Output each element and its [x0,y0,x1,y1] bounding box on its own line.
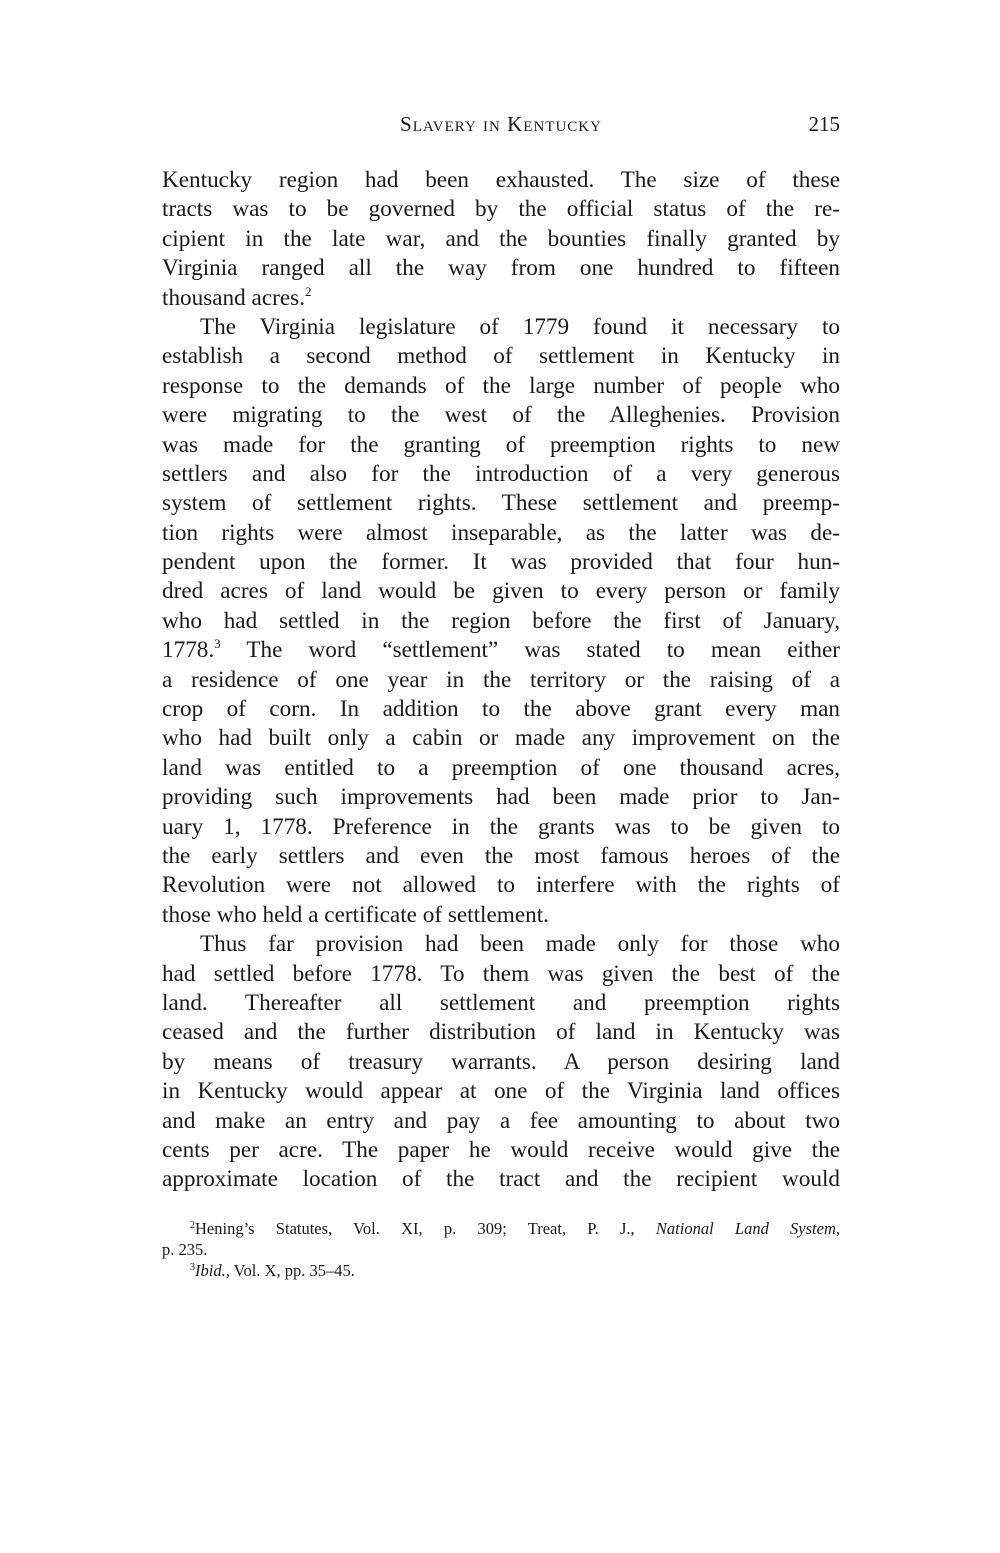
footnote-continuation: p. 235. [162,1239,840,1260]
page-number: 215 [809,112,841,137]
footnote: 3Ibid., Vol. X, pp. 35–45. [162,1260,840,1281]
text-span: The word “settlement” was stated to mean… [221,637,840,663]
text-line: tion rights were almost inseparable, as … [162,519,840,548]
text-line: pendent upon the former. It was provided… [162,548,840,577]
footnote-ref[interactable]: 2 [305,284,312,299]
text-line: 1778.3 The word “settlement” was stated … [162,636,840,665]
footnote-title: National Land System, [656,1219,840,1238]
text-line: cipient in the late war, and the bountie… [162,225,840,254]
text-line: by means of treasury warrants. A person … [162,1048,840,1077]
text-line: approximate location of the tract and th… [162,1165,840,1194]
text-span: 1778. [162,637,214,663]
text-line: a residence of one year in the territory… [162,666,840,695]
text-line: crop of corn. In addition to the above g… [162,695,840,724]
text-line: and make an entry and pay a fee amountin… [162,1107,840,1136]
text-line: The Virginia legislature of 1779 found i… [162,313,840,342]
footnote-text: Vol. X, pp. 35–45. [230,1261,355,1280]
text-line: the early settlers and even the most fam… [162,842,840,871]
text-line: land was entitled to a preemption of one… [162,754,840,783]
text-line: land. Thereafter all settlement and pree… [162,989,840,1018]
text-line: response to the demands of the large num… [162,372,840,401]
footnote-title: Ibid., [195,1261,230,1280]
text-line: Revolution were not allowed to interfere… [162,871,840,900]
text-line: who had settled in the region before the… [162,607,840,636]
text-line: was made for the granting of preemption … [162,431,840,460]
footnote-text: Hening’s Statutes, Vol. XI, p. 309; Trea… [195,1219,635,1238]
footnote: 2Hening’s Statutes, Vol. XI, p. 309; Tre… [162,1218,840,1239]
text-line: in Kentucky would appear at one of the V… [162,1077,840,1106]
running-head: Slavery in Kentucky 215 [162,112,840,142]
text-line: cents per acre. The paper he would recei… [162,1136,840,1165]
text-line: system of settlement rights. These settl… [162,489,840,518]
text-line: uary 1, 1778. Preference in the grants w… [162,813,840,842]
text-line: had settled before 1778. To them was giv… [162,960,840,989]
text-line: Thus far provision had been made only fo… [162,930,840,959]
text-line: thousand acres.2 [162,284,840,313]
text-line: Kentucky region had been exhausted. The … [162,166,840,195]
text-line: establish a second method of settlement … [162,342,840,371]
text-line: Virginia ranged all the way from one hun… [162,254,840,283]
text-span: thousand acres. [162,285,305,311]
text-line: dred acres of land would be given to eve… [162,577,840,606]
body-text: Kentucky region had been exhausted. The … [162,166,840,1195]
text-line: tracts was to be governed by the officia… [162,195,840,224]
text-line: providing such improvements had been mad… [162,783,840,812]
text-line: who had built only a cabin or made any i… [162,724,840,753]
text-line: those who held a certificate of settleme… [162,901,840,930]
running-head-title: Slavery in Kentucky [162,112,840,137]
footnotes: 2Hening’s Statutes, Vol. XI, p. 309; Tre… [162,1218,840,1281]
text-line: settlers and also for the introduction o… [162,460,840,489]
text-line: ceased and the further distribution of l… [162,1018,840,1047]
text-line: were migrating to the west of the Allegh… [162,401,840,430]
